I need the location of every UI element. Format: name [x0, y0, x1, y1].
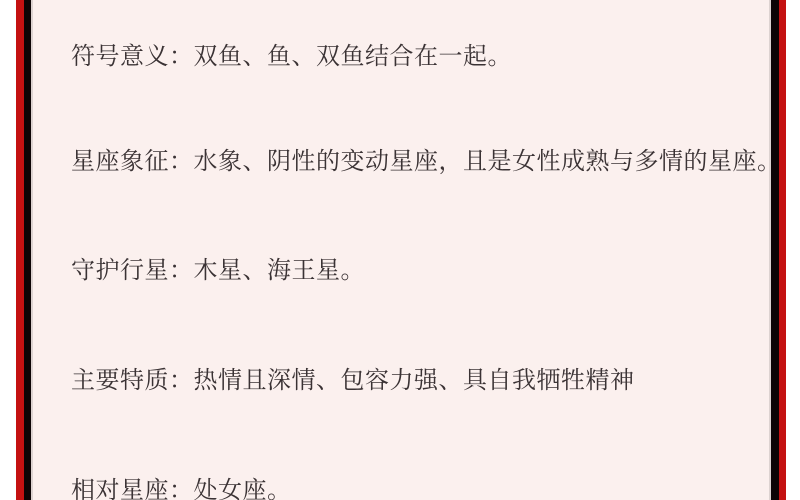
red-border-frame: 符号意义：双鱼、鱼、双鱼结合在一起。 星座象征：水象、阴性的变动星座，且是女性成… — [16, 0, 786, 500]
line-opposite-sign: 相对星座：处女座。 — [71, 473, 292, 500]
line-main-traits: 主要特质：热情且深情、包容力强、具自我牺牲精神 — [71, 363, 635, 397]
line-sign-symbolism: 星座象征：水象、阴性的变动星座，且是女性成熟与多情的星座。 — [71, 144, 771, 178]
line-symbol-meaning: 符号意义：双鱼、鱼、双鱼结合在一起。 — [71, 39, 512, 73]
content-panel: 符号意义：双鱼、鱼、双鱼结合在一起。 星座象征：水象、阴性的变动星座，且是女性成… — [31, 0, 771, 500]
black-border-frame: 符号意义：双鱼、鱼、双鱼结合在一起。 星座象征：水象、阴性的变动星座，且是女性成… — [24, 0, 779, 500]
page-background: 符号意义：双鱼、鱼、双鱼结合在一起。 星座象征：水象、阴性的变动星座，且是女性成… — [0, 0, 800, 500]
line-ruling-planets: 守护行星：木星、海王星。 — [71, 253, 365, 287]
